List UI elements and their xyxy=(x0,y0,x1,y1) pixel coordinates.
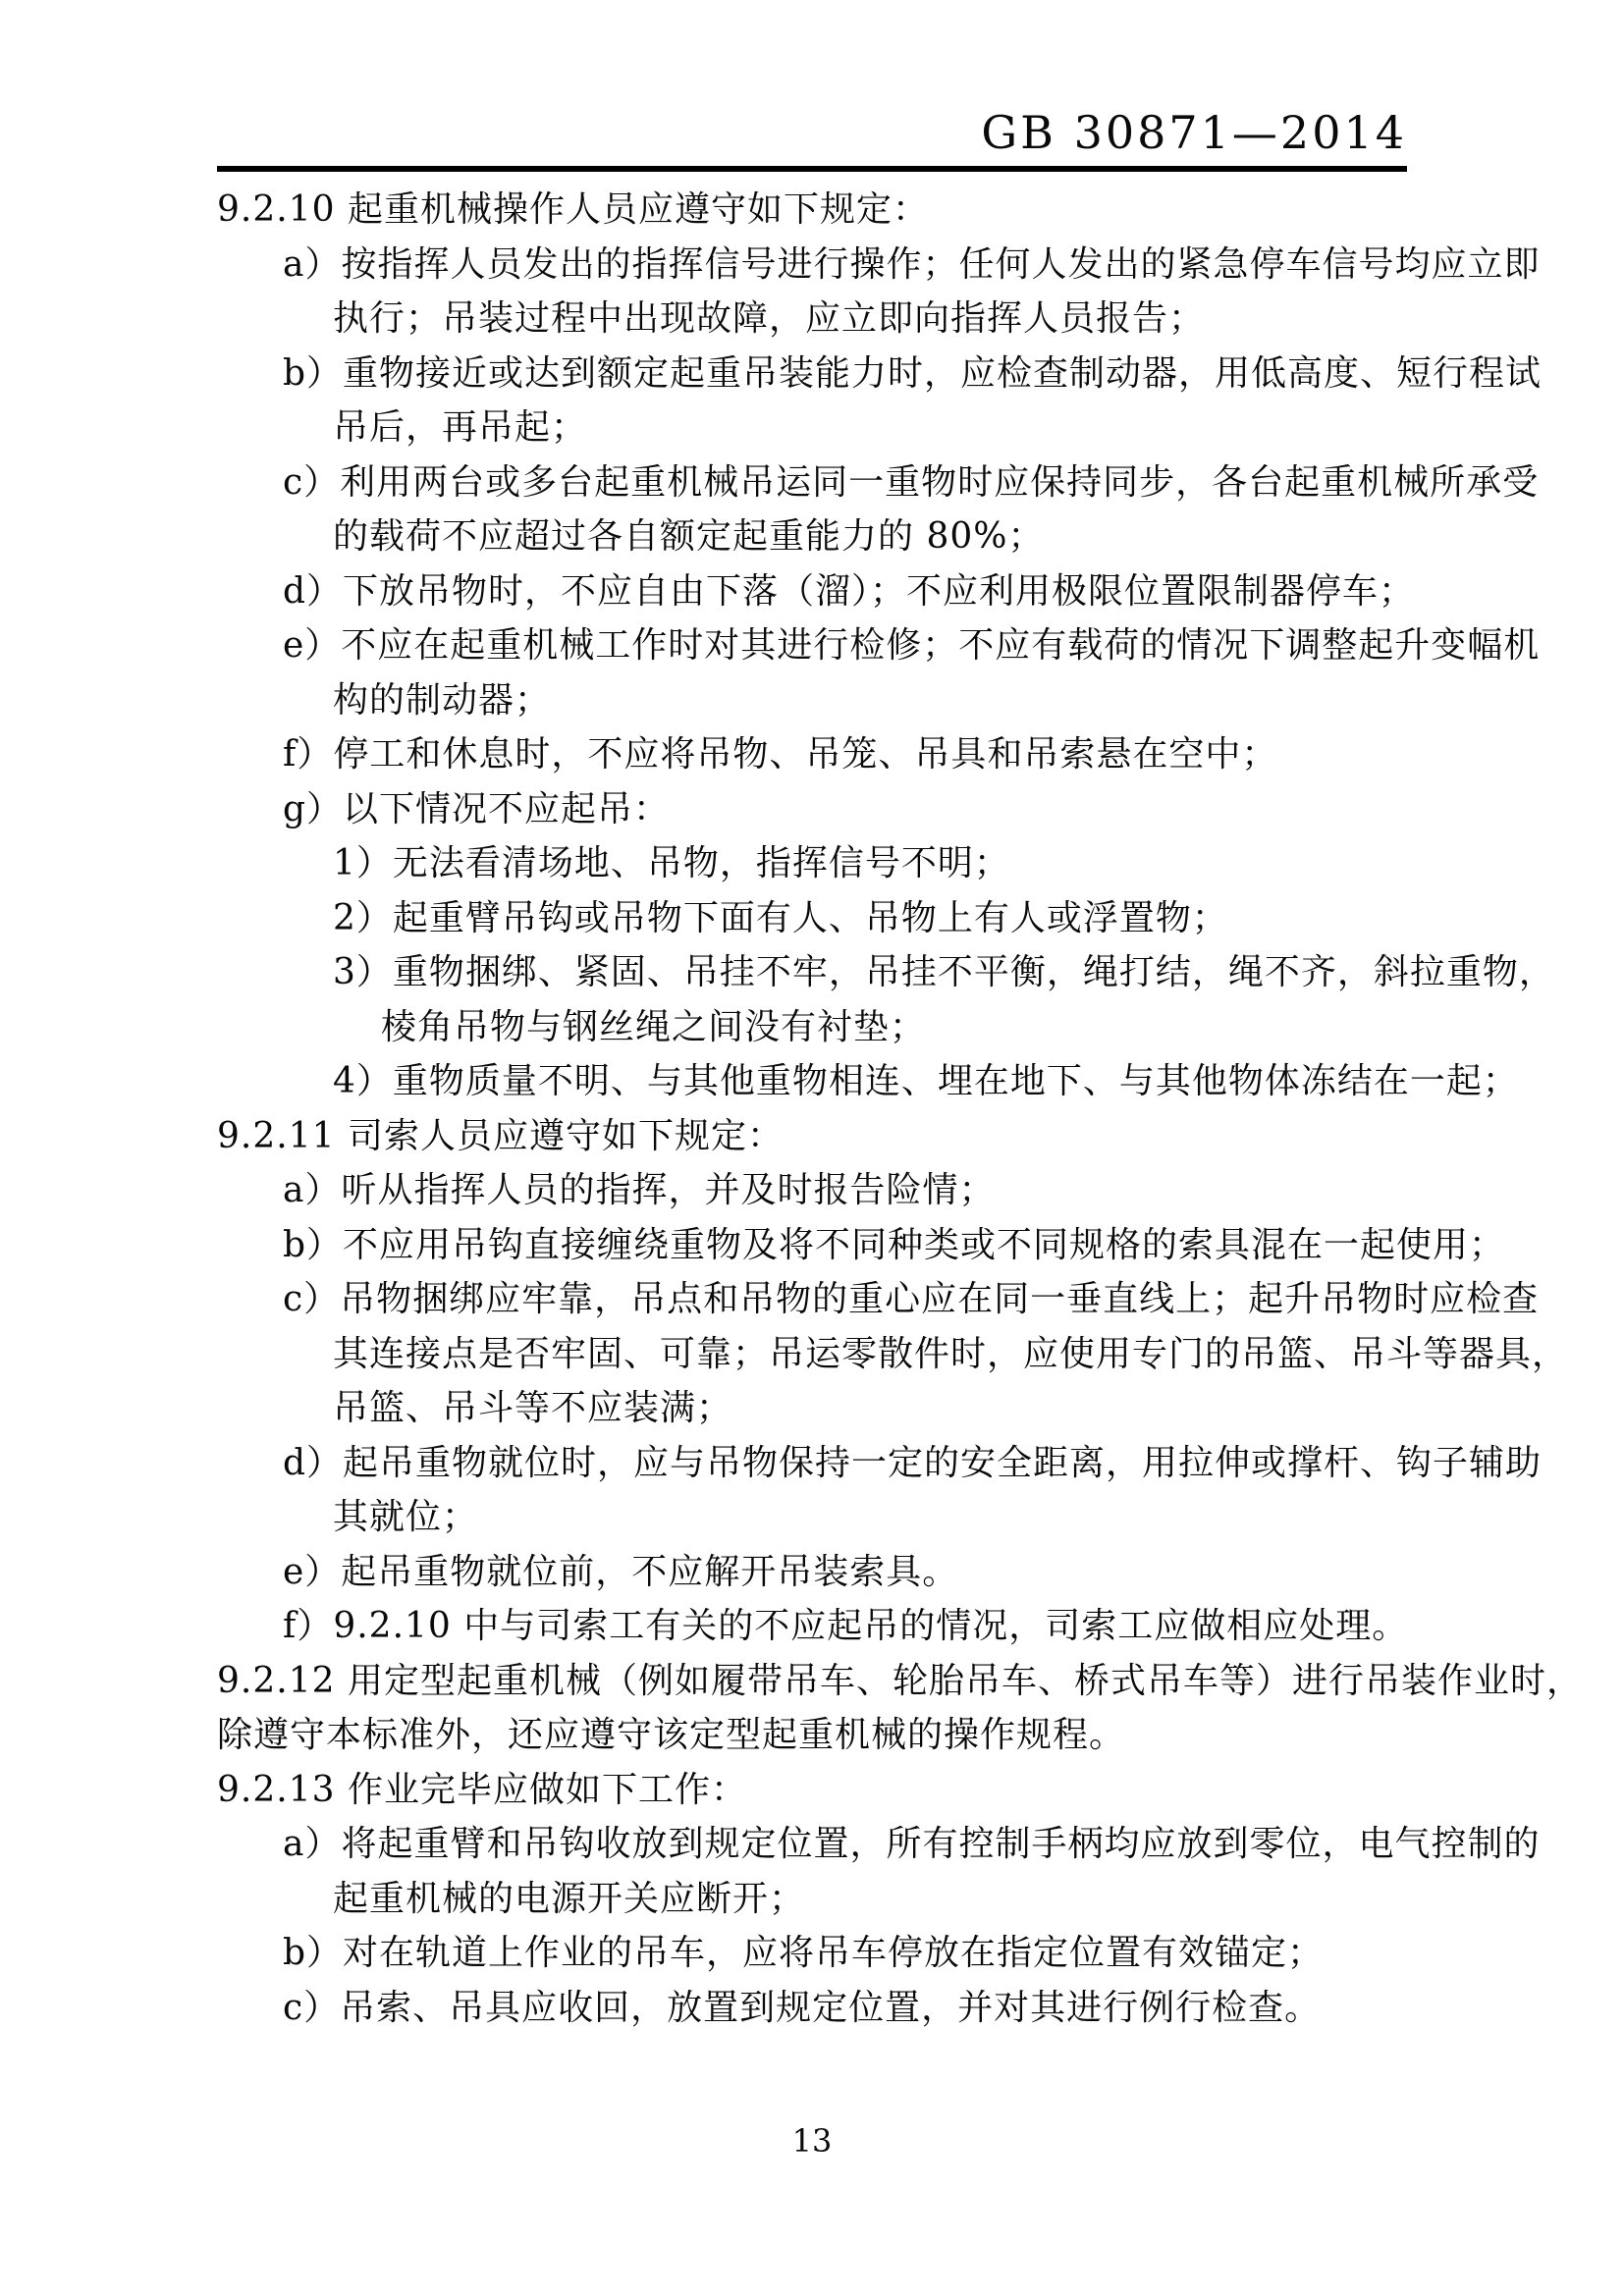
document-page: GB 30871—2014 9.2.10 起重机械操作人员应遵守如下规定：a）按… xyxy=(0,0,1624,2296)
text-line: 4）重物质量不明、与其他重物相连、埋在地下、与其他物体冻结在一起； xyxy=(217,1054,1454,1109)
text-line: 棱角吊物与钢丝绳之间没有衬垫； xyxy=(217,1000,1454,1055)
text-line: 9.2.10 起重机械操作人员应遵守如下规定： xyxy=(217,183,1454,238)
text-line: 吊篮、吊斗等不应装满； xyxy=(217,1381,1454,1436)
text-line: 执行；吊装过程中出现故障，应立即向指挥人员报告； xyxy=(217,292,1454,347)
text-line: f）9.2.10 中与司索工有关的不应起吊的情况，司索工应做相应处理。 xyxy=(217,1599,1454,1654)
text-line: a）听从指挥人员的指挥，并及时报告险情； xyxy=(217,1163,1454,1218)
text-line: 9.2.12 用定型起重机械（例如履带吊车、轮胎吊车、桥式吊车等）进行吊装作业时… xyxy=(217,1654,1454,1709)
text-line: c）吊物捆绑应牢靠，吊点和吊物的重心应在同一垂直线上；起升吊物时应检查 xyxy=(217,1272,1454,1327)
text-line: 其连接点是否牢固、可靠；吊运零散件时，应使用专门的吊篮、吊斗等器具， xyxy=(217,1327,1454,1382)
text-line: f）停工和休息时，不应将吊物、吊笼、吊具和吊索悬在空中； xyxy=(217,727,1454,782)
text-line: 吊后，再吊起； xyxy=(217,400,1454,455)
text-line: c）吊索、吊具应收回，放置到规定位置，并对其进行例行检查。 xyxy=(217,1981,1454,2036)
page-number: 13 xyxy=(0,2122,1624,2160)
text-line: b）对在轨道上作业的吊车，应将吊车停放在指定位置有效锚定； xyxy=(217,1926,1454,1981)
header-rule xyxy=(217,166,1407,172)
text-line: 的载荷不应超过各自额定起重能力的 80%； xyxy=(217,509,1454,564)
text-line: 2）起重臂吊钩或吊物下面有人、吊物上有人或浮置物； xyxy=(217,891,1454,946)
text-line: d）下放吊物时，不应自由下落（溜）；不应利用极限位置限制器停车； xyxy=(217,564,1454,619)
text-line: g）以下情况不应起吊： xyxy=(217,782,1454,837)
document-body: 9.2.10 起重机械操作人员应遵守如下规定：a）按指挥人员发出的指挥信号进行操… xyxy=(217,183,1454,2035)
standard-code-header: GB 30871—2014 xyxy=(981,106,1407,159)
text-line: 1）无法看清场地、吊物，指挥信号不明； xyxy=(217,836,1454,891)
text-line: 起重机械的电源开关应断开； xyxy=(217,1872,1454,1927)
text-line: 构的制动器； xyxy=(217,673,1454,728)
text-line: 3）重物捆绑、紧固、吊挂不牢，吊挂不平衡，绳打结，绳不齐，斜拉重物， xyxy=(217,945,1454,1000)
text-line: d）起吊重物就位时，应与吊物保持一定的安全距离，用拉伸或撑杆、钩子辅助 xyxy=(217,1436,1454,1491)
text-line: a）按指挥人员发出的指挥信号进行操作；任何人发出的紧急停车信号均应立即 xyxy=(217,238,1454,293)
text-line: b）不应用吊钩直接缠绕重物及将不同种类或不同规格的索具混在一起使用； xyxy=(217,1218,1454,1273)
text-line: 除遵守本标准外，还应遵守该定型起重机械的操作规程。 xyxy=(217,1708,1454,1763)
text-line: c）利用两台或多台起重机械吊运同一重物时应保持同步，各台起重机械所承受 xyxy=(217,455,1454,510)
text-line: a）将起重臂和吊钩收放到规定位置，所有控制手柄均应放到零位，电气控制的 xyxy=(217,1817,1454,1872)
text-line: 9.2.13 作业完毕应做如下工作： xyxy=(217,1763,1454,1818)
text-line: e）不应在起重机械工作时对其进行检修；不应有载荷的情况下调整起升变幅机 xyxy=(217,618,1454,673)
text-line: b）重物接近或达到额定起重吊装能力时，应检查制动器，用低高度、短行程试 xyxy=(217,347,1454,401)
text-line: 其就位； xyxy=(217,1490,1454,1545)
text-line: 9.2.11 司索人员应遵守如下规定： xyxy=(217,1109,1454,1164)
text-line: e）起吊重物就位前，不应解开吊装索具。 xyxy=(217,1545,1454,1600)
